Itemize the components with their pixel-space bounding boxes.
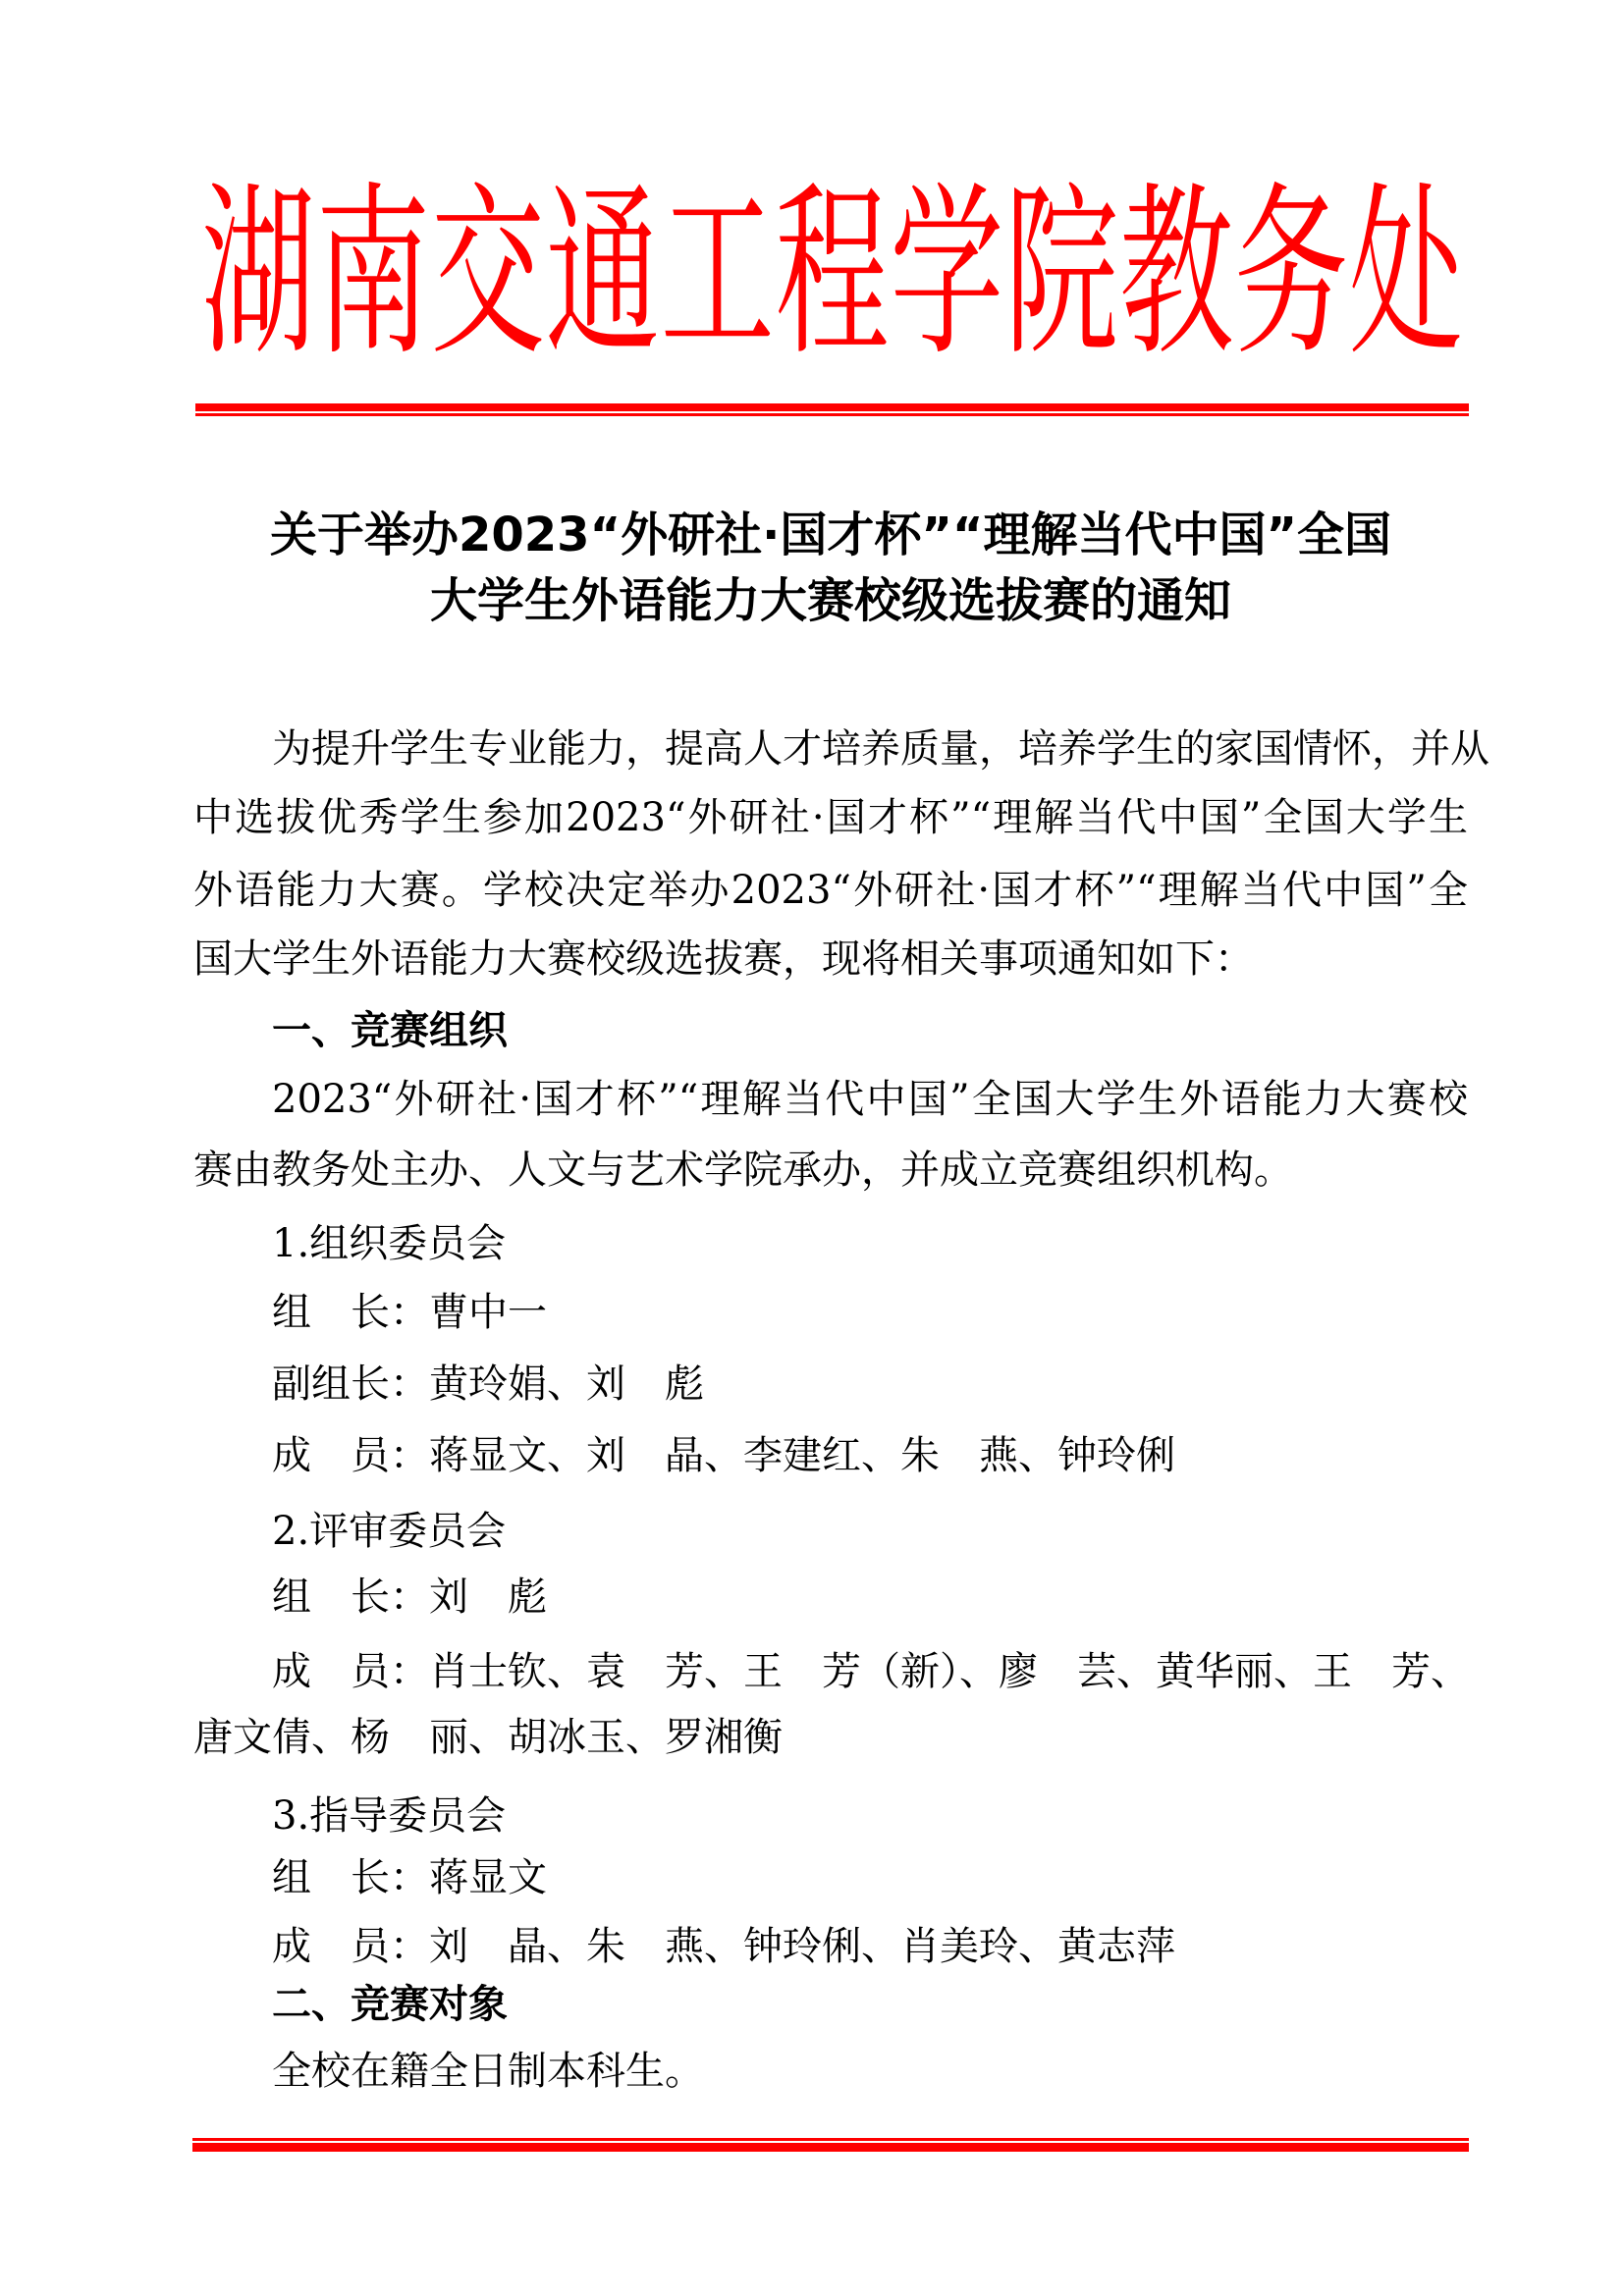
masthead-divider: [195, 403, 1469, 417]
committee-heading: 3.指导委员会: [193, 1791, 1468, 1841]
committee-heading: 2.评审委员会: [193, 1507, 1468, 1556]
section-paragraph-line: 2023“外研社·国才杯”“理解当代中国”全国大学生外语能力大赛校: [193, 1075, 1468, 1124]
divider-thin-line: [192, 2138, 1469, 2141]
committee-row: 成 员：蒋显文、刘 晶、李建红、朱 燕、钟玲俐: [193, 1431, 1468, 1480]
section-heading-participants: 二、竞赛对象: [193, 1980, 1468, 2029]
committee-row: 副组长：黄玲娟、刘 彪: [193, 1360, 1468, 1409]
section-body: 全校在籍全日制本科生。: [193, 2047, 1468, 2096]
footer-divider: [192, 2138, 1469, 2154]
committee-row: 组 长：曹中一: [193, 1288, 1468, 1337]
section-paragraph-line: 赛由教务处主办、人文与艺术学院承办，并成立竞赛组织机构。: [193, 1146, 1468, 1195]
committee-row: 成 员：肖士钦、袁 芳、王 芳（新）、廖 芸、黄华丽、王 芳、: [193, 1647, 1468, 1696]
committee-heading: 1.组织委员会: [193, 1219, 1468, 1268]
intro-line: 为提升学生专业能力，提高人才培养质量，培养学生的家国情怀，并从: [193, 724, 1468, 774]
committee-row: 组 长：刘 彪: [193, 1573, 1468, 1622]
intro-line: 外语能力大赛。学校决定举办2023“外研社·国才杯”“理解当代中国”全: [193, 866, 1468, 915]
masthead: 湖南交通工程学院教务处: [201, 183, 1463, 379]
divider-thin-line: [195, 413, 1469, 416]
divider-thick-line: [195, 403, 1469, 411]
intro-line: 中选拔优秀学生参加2023“外研社·国才杯”“理解当代中国”全国大学生: [193, 793, 1468, 842]
committee-row: 唐文倩、杨 丽、胡冰玉、罗湘衡: [193, 1713, 1468, 1762]
document-title-line-1: 关于举办2023“外研社·国才杯”“理解当代中国”全国: [193, 506, 1468, 564]
intro-line: 国大学生外语能力大赛校级选拔赛，现将相关事项通知如下：: [193, 934, 1468, 984]
section-heading-organization: 一、竞赛组织: [193, 1006, 1468, 1055]
masthead-title: 湖南交通工程学院教务处: [201, 183, 1463, 367]
document-title-line-2: 大学生外语能力大赛校级选拔赛的通知: [193, 571, 1468, 630]
committee-row: 成 员：刘 晶、朱 燕、钟玲俐、肖美玲、黄志萍: [193, 1922, 1468, 1971]
committee-row: 组 长：蒋显文: [193, 1853, 1468, 1902]
divider-thick-line: [192, 2143, 1469, 2152]
